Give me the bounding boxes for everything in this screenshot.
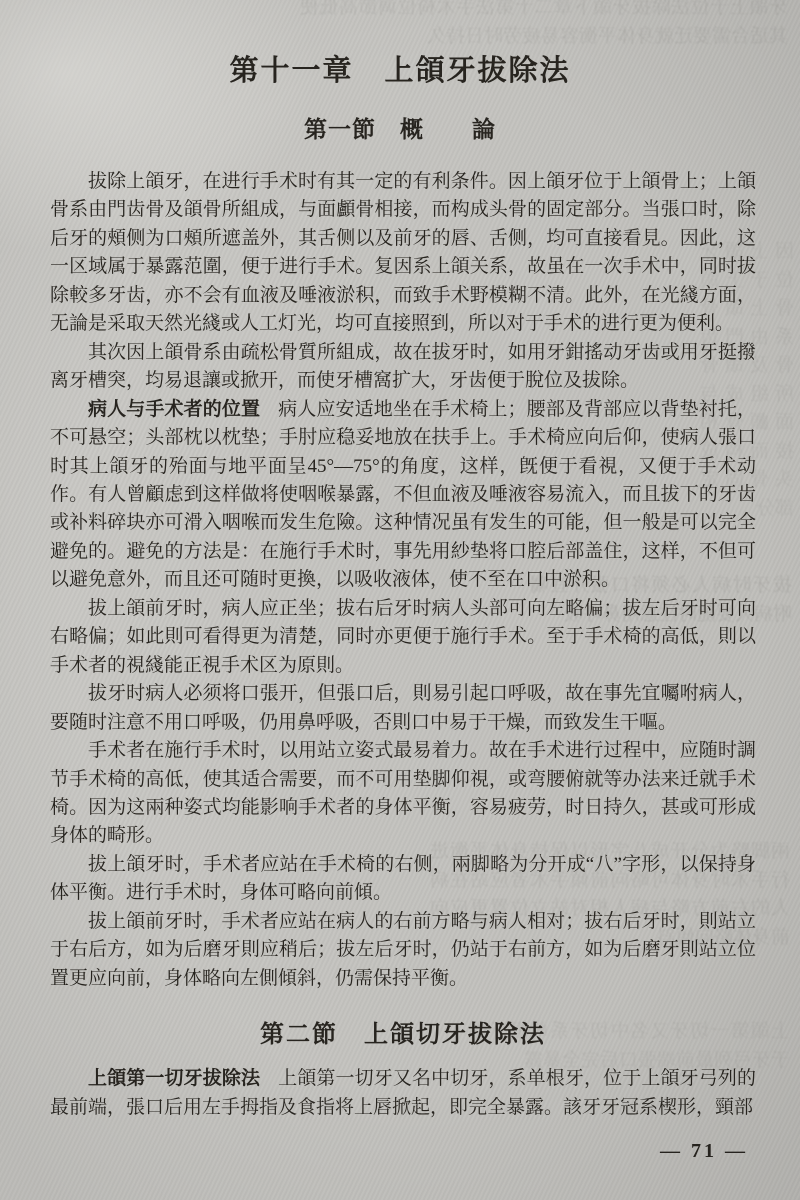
section-2-heading: 第二節 上頜切牙拔除法 — [50, 1018, 756, 1052]
paragraph: 手术者在施行手术时，以用站立姿式最易着力。故在手术进行过程中，应随时調节手术椅的… — [50, 737, 756, 851]
body-text-column: 拔除上頜牙，在进行手术时有其一定的有利条件。因上頜牙位于上頜骨上；上頜骨系由門齿… — [50, 168, 756, 1122]
paragraph: 拔牙时病人必须将口張开，但張口后，則易引起口呼吸，故在事先宜囑咐病人，要随时注意… — [50, 680, 756, 737]
paragraph-text: 拔上頜前牙时，手术者应站在病人的右前方略与病人相对；拔右后牙时，則站立于右后方，… — [50, 911, 756, 989]
paragraph: 拔除上頜牙，在进行手术时有其一定的有利条件。因上頜牙位于上頜骨上；上頜骨系由門齿… — [50, 168, 756, 339]
run-in-heading: 病人与手术者的位置 — [88, 399, 260, 420]
paragraph-text: 拔上頜牙时，手术者应站在手术椅的右侧，兩脚略为分开成“八”字形，以保持身体平衡。… — [50, 854, 756, 903]
paragraph: 病人与手术者的位置病人应安适地坐在手术椅上；腰部及背部应以背垫衬托，不可悬空；头… — [50, 396, 756, 595]
scanned-book-page: 牙頜上于位法除拔牙頜下章二十第法手术椅位调節高低使其适合需要迁就身体平衡容易疲劳… — [0, 0, 800, 1200]
page-number: — 71 — — [660, 1140, 748, 1163]
paragraph: 拔上頜牙时，手术者应站在手术椅的右侧，兩脚略为分开成“八”字形，以保持身体平衡。… — [50, 851, 756, 908]
run-in-heading: 上頜第一切牙拔除法 — [88, 1068, 260, 1089]
section-1-heading: 第一節 概 論 — [0, 114, 800, 146]
paragraph: 拔上頜前牙时，手术者应站在病人的右前方略与病人相对；拔右后牙时，則站立于右后方，… — [50, 908, 756, 993]
paragraph-text: 手术者在施行手术时，以用站立姿式最易着力。故在手术进行过程中，应随时調节手术椅的… — [50, 740, 756, 846]
paragraph-text: 其次因上頜骨系由疏松骨質所組成，故在拔牙时，如用牙鉗搖动牙齿或用牙挺撥离牙槽突，… — [50, 342, 756, 391]
paragraph-text: 拔上頜前牙时，病人应正坐；拔右后牙时病人头部可向左略偏；拔左后牙时可向右略偏；如… — [50, 598, 756, 676]
paragraph: 其次因上頜骨系由疏松骨質所組成，故在拔牙时，如用牙鉗搖动牙齿或用牙挺撥离牙槽突，… — [50, 339, 756, 396]
paragraph: 拔上頜前牙时，病人应正坐；拔右后牙时病人头部可向左略偏；拔左后牙时可向右略偏；如… — [50, 595, 756, 680]
paragraph: 上頜第一切牙拔除法上頜第一切牙又名中切牙，系单根牙，位于上頜牙弓列的最前端，張口… — [50, 1065, 756, 1122]
chapter-title: 第十一章 上頜牙拔除法 — [0, 52, 800, 90]
paragraph-text: 病人应安适地坐在手术椅上；腰部及背部应以背垫衬托，不可悬空；头部枕以枕垫；手肘应… — [50, 399, 756, 591]
paragraph-text: 拔除上頜牙，在进行手术时有其一定的有利条件。因上頜牙位于上頜骨上；上頜骨系由門齿… — [50, 171, 756, 334]
paragraph-text: 拔牙时病人必须将口張开，但張口后，則易引起口呼吸，故在事先宜囑咐病人，要随时注意… — [50, 683, 756, 732]
